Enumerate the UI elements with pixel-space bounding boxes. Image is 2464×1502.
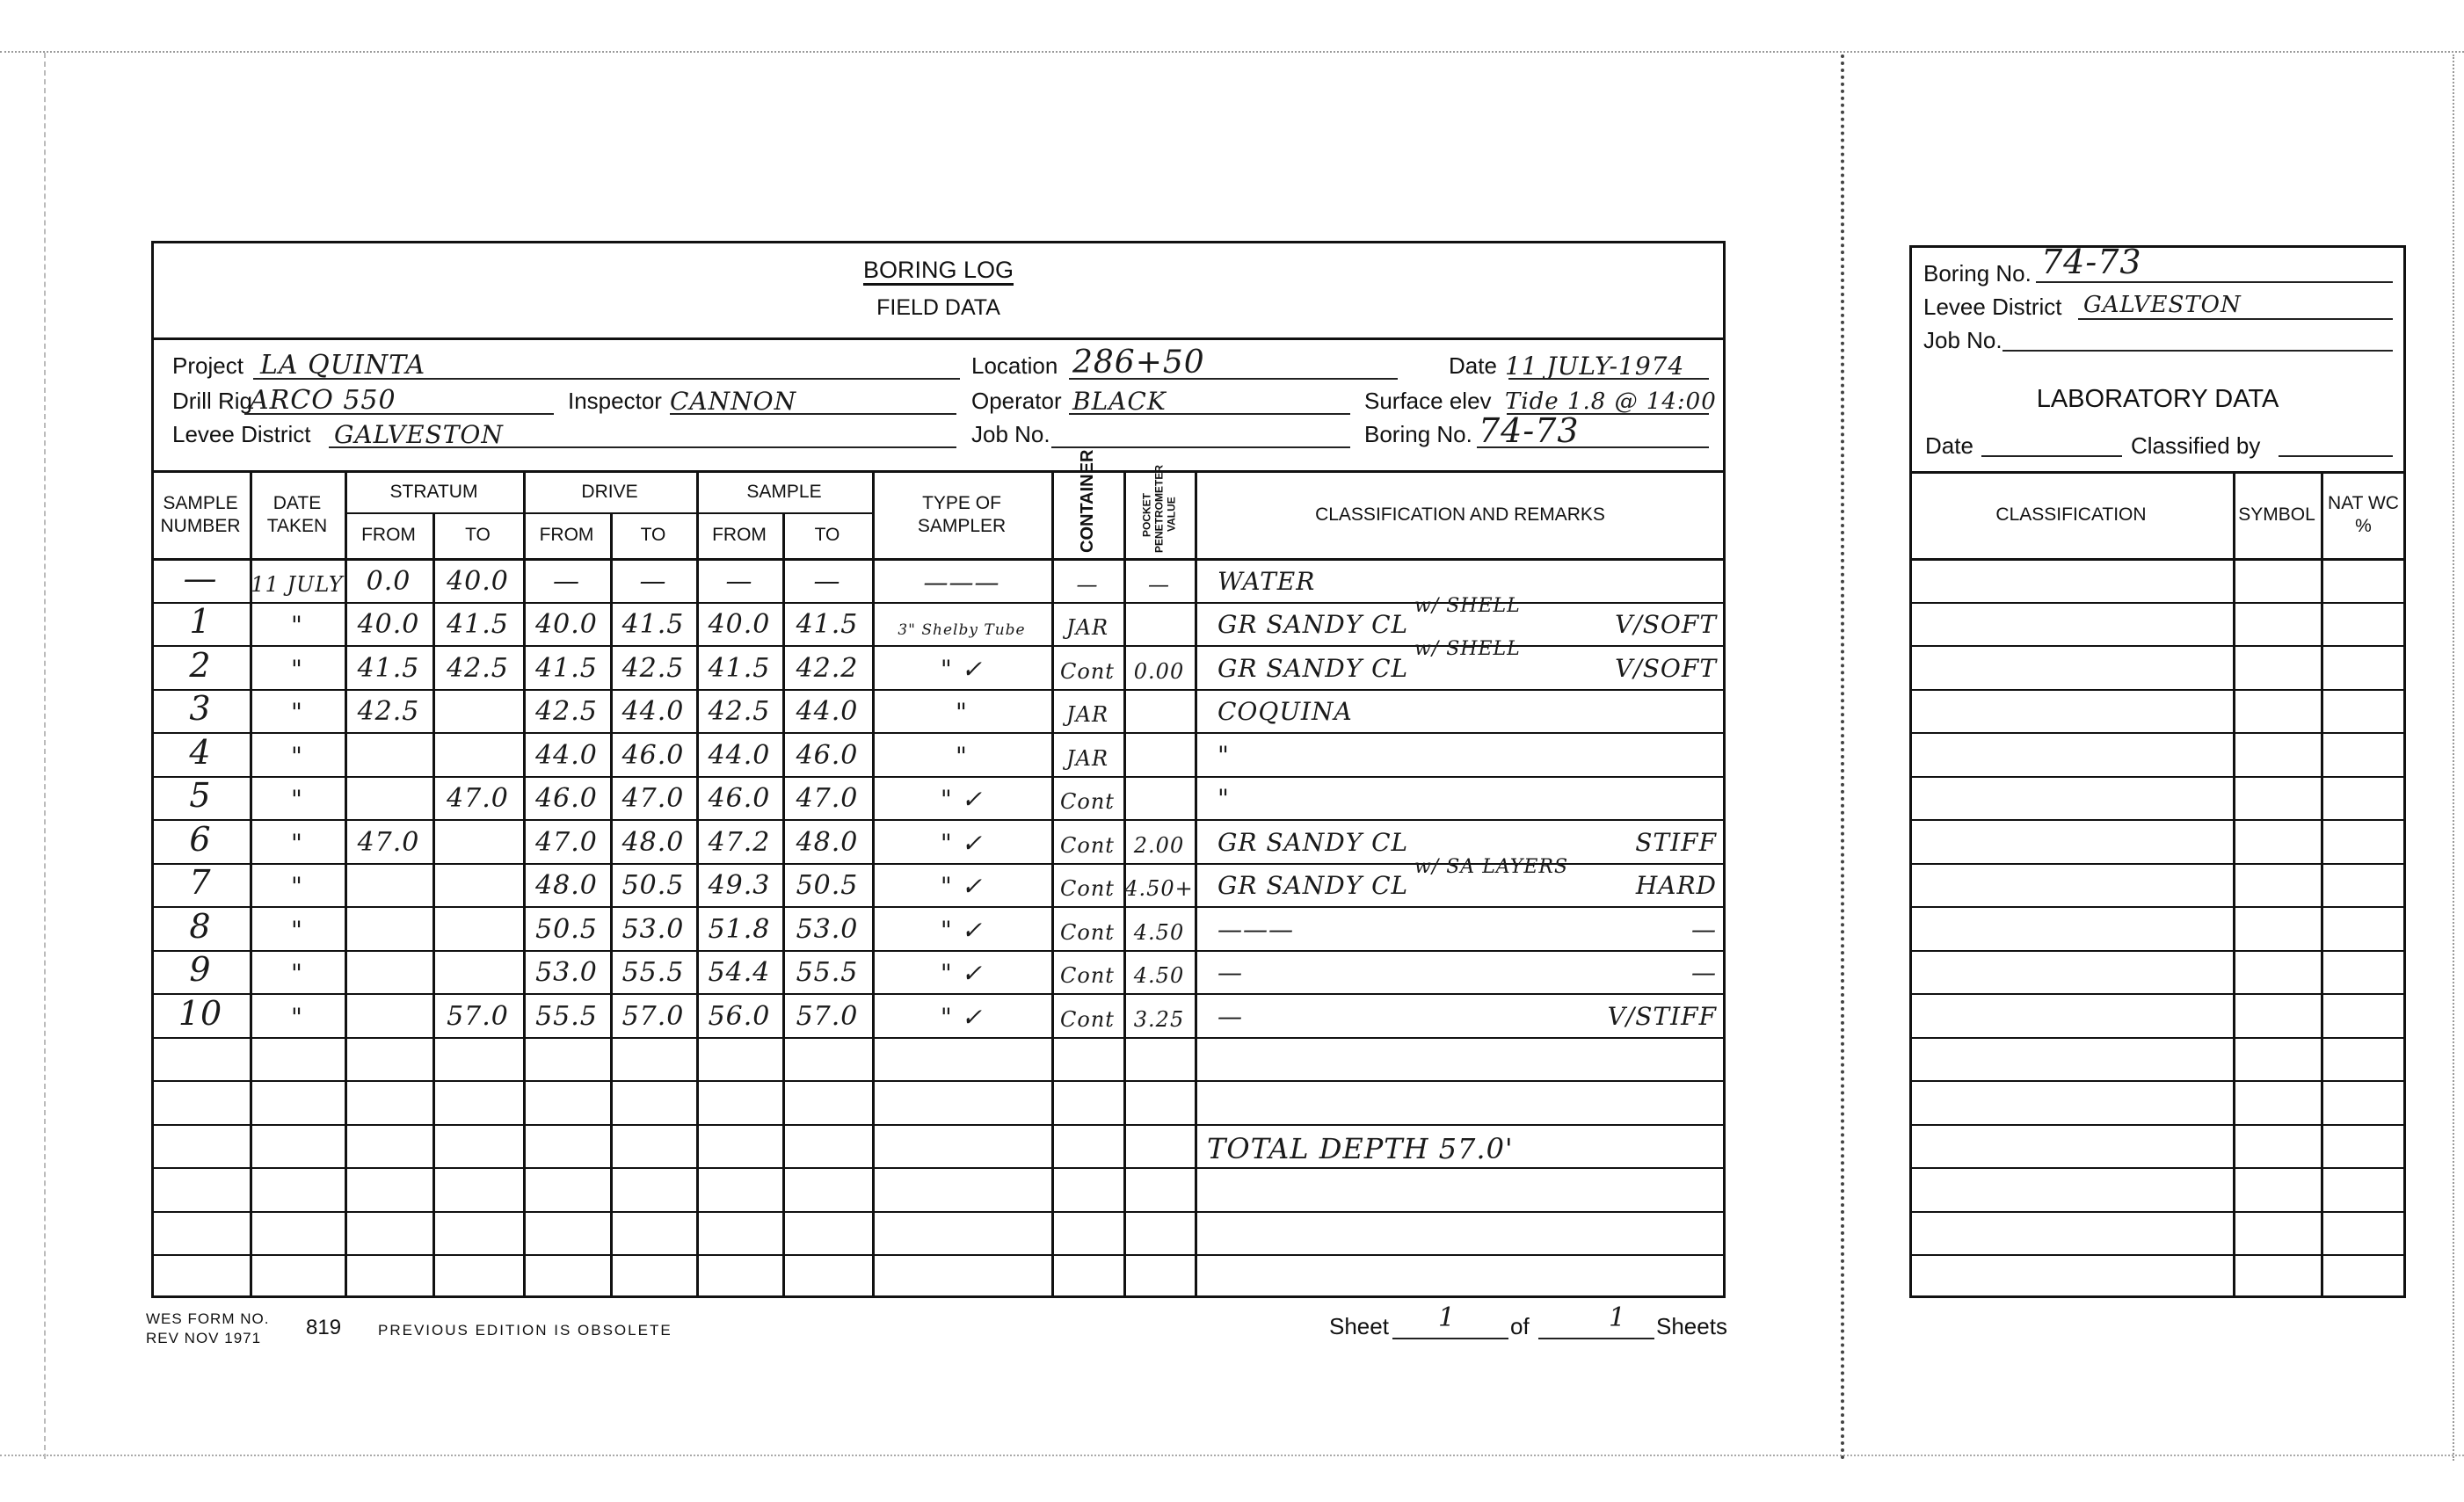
cell-date: " [250,613,345,638]
cell-sample: 2 [151,649,250,682]
lab-boring-no-value: 74-73 [2041,243,2142,281]
cell-sample-to: 44.0 [782,699,872,725]
cell-date: " [250,874,345,899]
header-drive: DRIVE [523,471,696,512]
operator-label: Operator [971,388,1062,415]
header-drive-to-line: TO [641,524,666,547]
cell-remark-sup: w/ SA LAYERS [1414,856,1568,878]
header-date-taken: DATETAKEN [250,471,345,558]
page-right-edge [2453,54,2454,1461]
boring-no-value: 74-73 [1479,411,1580,450]
of-underline [1538,1338,1654,1339]
perforation-line [1841,54,1844,1461]
cell-date: 11 JULY [250,574,345,595]
sheet-label: Sheet [1329,1313,1389,1340]
project-value: LA QUINTA [260,350,425,381]
levee-district-value: GALVESTON [334,420,504,449]
cell-sample-from: — [696,569,782,595]
lab-levee-district-value: GALVESTON [2083,292,2242,318]
cell-sampler: 3" Shelby Tube [872,623,1051,638]
cell-remark-right: HARD [1559,871,1717,900]
cell-sample-from: 41.5 [696,656,782,682]
lab-row-divider [1909,645,2406,647]
lab-row-divider [1909,906,2406,908]
cell-pocket: 3.25 [1123,1009,1195,1030]
cell-pocket: 4.50 [1123,922,1195,943]
cell-sample: — [151,562,250,595]
table-row [151,1167,1726,1211]
cell-sample: 9 [151,953,250,986]
cell-stratum-to: 40.0 [432,569,523,595]
lab-classified-by-label: Classified by [2131,432,2260,460]
location-value: 286+50 [1072,345,1205,381]
lab-levee-district-label: Levee District [1923,294,2062,321]
cell-remark-right: — [1559,915,1717,944]
cell-sample-to: — [782,569,872,595]
cell-drive-from: 48.0 [523,873,610,899]
of-label: of [1510,1313,1530,1340]
cell-sample-to: 57.0 [782,1004,872,1030]
header-stratum-line: STRATUM [390,481,478,504]
cell-container: JAR [1051,748,1123,769]
form-rev-label: REV NOV 1971 [146,1329,269,1348]
header-container: CONTAINER [1051,476,1123,553]
cell-sample: 10 [151,997,250,1030]
sheet-value: 1 [1438,1302,1456,1333]
project-label: Project [172,352,243,380]
cell-remark: ——— [1217,915,1294,944]
page-top-edge [0,51,2464,53]
date-value: 11 JULY-1974 [1505,352,1684,381]
cell-remark: GR SANDY CL [1217,654,1408,683]
header-sample-number-line: SAMPLE [163,492,237,515]
cell-container: JAR [1051,704,1123,725]
header-sample-number-line: NUMBER [160,515,240,538]
cell-date: " [250,657,345,682]
lab-row-divider [1909,776,2406,778]
cell-drive-from: 53.0 [523,960,610,986]
header-pocket-penetrometer-line: POCKET [1141,476,1153,553]
cell-drive-to: 44.0 [610,699,696,725]
cell-sampler: " [872,744,1051,769]
cell-date: " [250,831,345,856]
cell-remark: GR SANDY CL [1217,828,1408,857]
cell-pocket: 0.00 [1123,661,1195,682]
lab-row-divider [1909,1037,2406,1039]
header-drive-line: DRIVE [581,481,637,504]
cell-drive-to: 47.0 [610,786,696,812]
cell-sample-from: 51.8 [696,917,782,943]
cell-stratum-from: 0.0 [345,569,432,595]
lab-row-divider [1909,1167,2406,1169]
lab-date-label: Date [1925,432,1973,460]
cell-remark: — [1217,958,1243,987]
cell-date: " [250,744,345,769]
cell-stratum-from: 42.5 [345,699,432,725]
cell-remark: — [1217,1002,1243,1031]
lab-column-divider [2321,471,2323,1298]
lab-header-bottom [1909,558,2406,561]
cell-container: Cont [1051,922,1123,943]
cell-drive-to: 50.5 [610,873,696,899]
left-margin-marks [44,53,63,1459]
form-no-label: WES FORM NO. [146,1310,269,1329]
cell-remark: COQUINA [1217,697,1353,726]
of-value: 1 [1609,1302,1626,1333]
lab-job-no-label: Job No. [1923,327,2002,354]
job-no-underline [1051,446,1350,448]
cell-remark: " [1217,784,1230,813]
lab-row-divider [1909,993,2406,995]
cell-sampler: " ✓ [872,961,1051,986]
drill-rig-label: Drill Rig [172,388,252,415]
lab-row-divider [1909,1124,2406,1126]
cell-drive-from: 46.0 [523,786,610,812]
header-sample-to: TO [782,512,872,558]
cell-container: JAR [1051,617,1123,638]
cell-stratum-to: 57.0 [432,1004,523,1030]
header-sample-number: SAMPLENUMBER [151,471,250,558]
cell-sample-to: 55.5 [782,960,872,986]
location-label: Location [971,352,1058,380]
cell-stratum-from: 40.0 [345,612,432,638]
table-row [151,1211,1726,1255]
header-stratum: STRATUM [345,471,523,512]
cell-date: " [250,961,345,986]
cell-drive-from: 40.0 [523,612,610,638]
cell-sampler: " ✓ [872,1005,1051,1030]
cell-pocket: — [1123,574,1195,595]
cell-sample: 7 [151,866,250,899]
cell-container: Cont [1051,878,1123,899]
header-stratum-from: FROM [345,512,432,558]
date-label: Date [1449,352,1497,380]
header-drive-to: TO [610,512,696,558]
cell-drive-from: 42.5 [523,699,610,725]
lab-job-no-underline [2002,350,2393,352]
header-stratum-to-line: TO [465,524,491,547]
cell-sampler: " ✓ [872,918,1051,943]
header-sample-from: FROM [696,512,782,558]
cell-sample: 4 [151,736,250,769]
cell-stratum-to: 41.5 [432,612,523,638]
header-pocket-penetrometer-line: PENETROMETER [1153,476,1166,553]
cell-sample: 8 [151,910,250,943]
lab-title: LABORATORY DATA [1909,385,2406,414]
table-row [151,1037,1726,1081]
inspector-value: CANNON [670,387,796,416]
cell-drive-to: 48.0 [610,830,696,856]
lab-row-divider [1909,863,2406,865]
lab-header-top [1909,471,2406,474]
cell-sample-from: 44.0 [696,743,782,769]
cell-sample-from: 49.3 [696,873,782,899]
cell-sample-to: 50.5 [782,873,872,899]
cell-sampler: " ✓ [872,831,1051,856]
header-pocket-penetrometer: POCKETPENETROMETERVALUE [1123,476,1195,553]
cell-drive-to: 46.0 [610,743,696,769]
sheets-label: Sheets [1656,1313,1727,1340]
form-number: 819 [306,1316,341,1340]
drill-rig-value: ARCO 550 [250,385,396,416]
lab-row-divider [1909,689,2406,691]
cell-sample: 1 [151,605,250,638]
cell-sample: 3 [151,692,250,725]
header-drive-from-line: FROM [540,524,594,547]
cell-remark-right: V/STIFF [1559,1002,1717,1031]
cell-remark-right: V/SOFT [1559,654,1717,683]
cell-date: " [250,787,345,812]
cell-drive-to: 41.5 [610,612,696,638]
cell-date: " [250,1005,345,1030]
header-sample: SAMPLE [696,471,872,512]
cell-remark-right: STIFF [1559,828,1717,857]
form-title: BORING LOG [151,257,1726,284]
cell-drive-to: 42.5 [610,656,696,682]
cell-sample-to: 42.2 [782,656,872,682]
cell-drive-from: 44.0 [523,743,610,769]
header-sample-to-line: TO [815,524,840,547]
cell-stratum-to: 42.5 [432,656,523,682]
header-pocket-penetrometer-line: VALUE [1166,476,1178,553]
cell-sample: 5 [151,779,250,812]
levee-district-label: Levee District [172,421,311,448]
operator-value: BLACK [1072,387,1167,416]
cell-sample-from: 46.0 [696,786,782,812]
lab-row-divider [1909,732,2406,734]
lab-row-divider [1909,1254,2406,1256]
cell-stratum-from: 41.5 [345,656,432,682]
sheet-underline [1392,1338,1508,1339]
cell-container: Cont [1051,965,1123,986]
lab-column-divider [2233,471,2235,1298]
header-sample-line: SAMPLE [746,481,821,504]
lab-row-divider [1909,819,2406,821]
cell-sample-from: 40.0 [696,612,782,638]
lab-levee-underline [2078,318,2393,320]
cell-remark-right: — [1559,958,1717,987]
cell-pocket: 4.50 [1123,965,1195,986]
cell-container: — [1051,574,1123,595]
header-classification-remarks-line: CLASSIFICATION AND REMARKS [1315,504,1605,526]
cell-stratum-to: 47.0 [432,786,523,812]
header-date-taken-line: DATE [273,492,321,515]
cell-sample-from: 47.2 [696,830,782,856]
header-stratum-to: TO [432,512,523,558]
header-drive-from: FROM [523,512,610,558]
cell-container: Cont [1051,791,1123,812]
cell-sample-from: 42.5 [696,699,782,725]
header-stratum-from-line: FROM [361,524,416,547]
cell-drive-to: 57.0 [610,1004,696,1030]
surface-elev-label: Surface elev [1364,388,1492,415]
header-type-of-sampler-line: TYPE OF [922,492,1001,515]
cell-sample-to: 53.0 [782,917,872,943]
cell-stratum-from: 47.0 [345,830,432,856]
cell-date: " [250,700,345,725]
boring-no-label: Boring No. [1364,421,1472,448]
lab-boring-no-underline [2036,281,2393,283]
obsolete-notice: PREVIOUS EDITION IS OBSOLETE [378,1321,672,1340]
cell-remark: GR SANDY CL [1217,871,1408,900]
lab-date-underline [1981,455,2122,457]
cell-sample-to: 48.0 [782,830,872,856]
cell-drive-from: 55.5 [523,1004,610,1030]
lab-row-divider [1909,1211,2406,1213]
cell-drive-to: 53.0 [610,917,696,943]
cell-sample-to: 46.0 [782,743,872,769]
cell-sampler: " ✓ [872,874,1051,899]
header-date-taken-line: TAKEN [267,515,327,538]
lab-row-divider [1909,602,2406,604]
cell-drive-to: 55.5 [610,960,696,986]
cell-sample-to: 41.5 [782,612,872,638]
cell-drive-from: 50.5 [523,917,610,943]
lab-row-divider [1909,950,2406,952]
cell-remark-sup: w/ SHELL [1414,638,1521,660]
lab-classified-underline [2279,455,2393,457]
header-type-of-sampler: TYPE OFSAMPLER [872,471,1051,558]
cell-drive-from: 47.0 [523,830,610,856]
cell-sample-to: 47.0 [782,786,872,812]
form-number-label: WES FORM NO. REV NOV 1971 [146,1310,269,1348]
total-depth: TOTAL DEPTH 57.0' [1207,1132,1514,1165]
table-row [151,1080,1726,1124]
cell-sampler: " ✓ [872,787,1051,812]
title-divider [151,337,1726,340]
cell-drive-from: — [523,569,610,595]
cell-remark: " [1217,741,1230,770]
cell-container: Cont [1051,1009,1123,1030]
form-subtitle: FIELD DATA [151,295,1726,321]
cell-remark-sup: w/ SHELL [1414,595,1521,617]
cell-sampler: " ✓ [872,657,1051,682]
cell-sample: 6 [151,823,250,856]
cell-sampler: " [872,700,1051,725]
cell-sample-from: 56.0 [696,1004,782,1030]
cell-remark: WATER [1217,567,1315,596]
cell-drive-to: — [610,569,696,595]
cell-container: Cont [1051,661,1123,682]
cell-sampler: ——— [872,570,1051,595]
cell-date: " [250,918,345,943]
header-type-of-sampler-line: SAMPLER [918,515,1006,538]
header-classification-remarks: CLASSIFICATION AND REMARKS [1195,471,1726,558]
header-sample-from-line: FROM [712,524,767,547]
cell-container: Cont [1051,835,1123,856]
cell-drive-from: 41.5 [523,656,610,682]
cell-pocket: 2.00 [1123,835,1195,856]
cell-sample-from: 54.4 [696,960,782,986]
lab-boring-no-label: Boring No. [1923,260,2032,287]
inspector-label: Inspector [568,388,662,415]
table-row [151,1254,1726,1298]
page-bottom-edge [0,1455,2464,1456]
cell-pocket: 4.50+ [1123,878,1195,899]
job-no-label: Job No. [971,421,1050,448]
cell-remark: GR SANDY CL [1217,610,1408,639]
cell-remark-right: V/SOFT [1559,610,1717,639]
lab-row-divider [1909,1080,2406,1082]
